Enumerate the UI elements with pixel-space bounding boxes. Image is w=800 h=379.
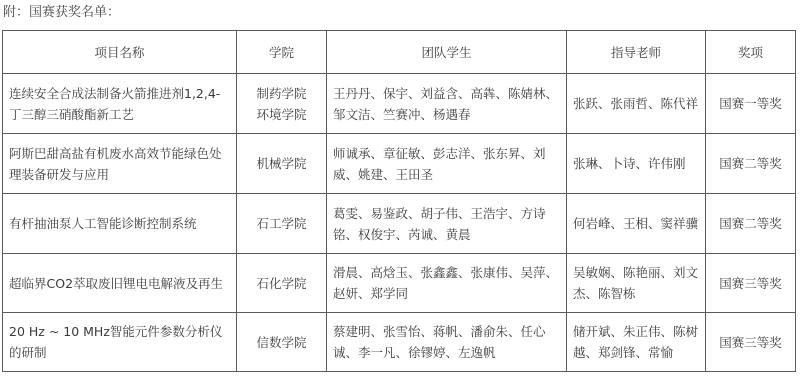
header-award: 奖项	[706, 31, 796, 74]
college-line: 制药学院	[243, 83, 320, 104]
team-students: 滑晨、高焓玉、张鑫鑫、张康伟、吴萍、赵妍、郑学同	[327, 254, 567, 313]
advisors: 何岩峰、王相、窦祥骥	[567, 194, 706, 254]
project-name: 阿斯巴甜高盐有机废水高效节能绿色处理装备研发与应用	[3, 134, 237, 194]
table-row: 有杆抽油泵人工智能诊断控制系统 石工学院 葛雯、易鉴政、胡子伟、王浩宇、方诗铭、…	[3, 194, 796, 254]
award: 国赛二等奖	[706, 194, 796, 254]
project-name: 超临界CO2萃取废旧锂电电解液及再生	[3, 254, 237, 313]
project-name: 连续安全合成法制备火箭推进剂1,2,4-丁三醇三硝酸酯新工艺	[3, 74, 237, 134]
college: 机械学院	[237, 134, 327, 194]
advisors: 张跃、张雨哲、陈代祥	[567, 74, 706, 134]
header-project: 项目名称	[3, 31, 237, 74]
list-caption: 附：国赛获奖名单：	[3, 5, 120, 21]
team-students: 蔡建明、张雪怡、蒋帆、潘俞朱、任心诚、李一凡、徐镠婷、左逸帆	[327, 313, 567, 372]
college: 石化学院	[237, 254, 327, 313]
college-line: 环境学院	[243, 104, 320, 125]
advisors: 储开斌、朱正伟、陈树越、郑剑锋、常愉	[567, 313, 706, 372]
table-row: 阿斯巴甜高盐有机废水高效节能绿色处理装备研发与应用 机械学院 师诚承、章征敏、彭…	[3, 134, 796, 194]
team-students: 师诚承、章征敏、彭志洋、张东昇、刘威、姚建、王田圣	[327, 134, 567, 194]
table-row: 超临界CO2萃取废旧锂电电解液及再生 石化学院 滑晨、高焓玉、张鑫鑫、张康伟、吴…	[3, 254, 796, 313]
award: 国赛二等奖	[706, 134, 796, 194]
header-students: 团队学生	[327, 31, 567, 74]
college: 信数学院	[237, 313, 327, 372]
award: 国赛一等奖	[706, 74, 796, 134]
table-row: 20 Hz ~ 10 MHz智能元件参数分析仪的研制 信数学院 蔡建明、张雪怡、…	[3, 313, 796, 372]
team-students: 葛雯、易鉴政、胡子伟、王浩宇、方诗铭、权俊宇、芮诚、黄晨	[327, 194, 567, 254]
advisors: 张琳、卜诗、许伟刚	[567, 134, 706, 194]
header-advisors: 指导老师	[567, 31, 706, 74]
header-college: 学院	[237, 31, 327, 74]
award: 国赛三等奖	[706, 313, 796, 372]
college: 石工学院	[237, 194, 327, 254]
award: 国赛三等奖	[706, 254, 796, 313]
team-students: 王丹丹、保宇、刘益含、高犇、陈婧林、邹文洁、竺赛冲、杨遇春	[327, 74, 567, 134]
table-header-row: 项目名称 学院 团队学生 指导老师 奖项	[3, 31, 796, 74]
project-name: 有杆抽油泵人工智能诊断控制系统	[3, 194, 237, 254]
awards-table: 项目名称 学院 团队学生 指导老师 奖项 连续安全合成法制备火箭推进剂1,2,4…	[2, 30, 796, 372]
college: 制药学院 环境学院	[237, 74, 327, 134]
project-name: 20 Hz ~ 10 MHz智能元件参数分析仪的研制	[3, 313, 237, 372]
advisors: 吴敏娴、陈艳丽、刘文杰、陈智栋	[567, 254, 706, 313]
table-row: 连续安全合成法制备火箭推进剂1,2,4-丁三醇三硝酸酯新工艺 制药学院 环境学院…	[3, 74, 796, 134]
